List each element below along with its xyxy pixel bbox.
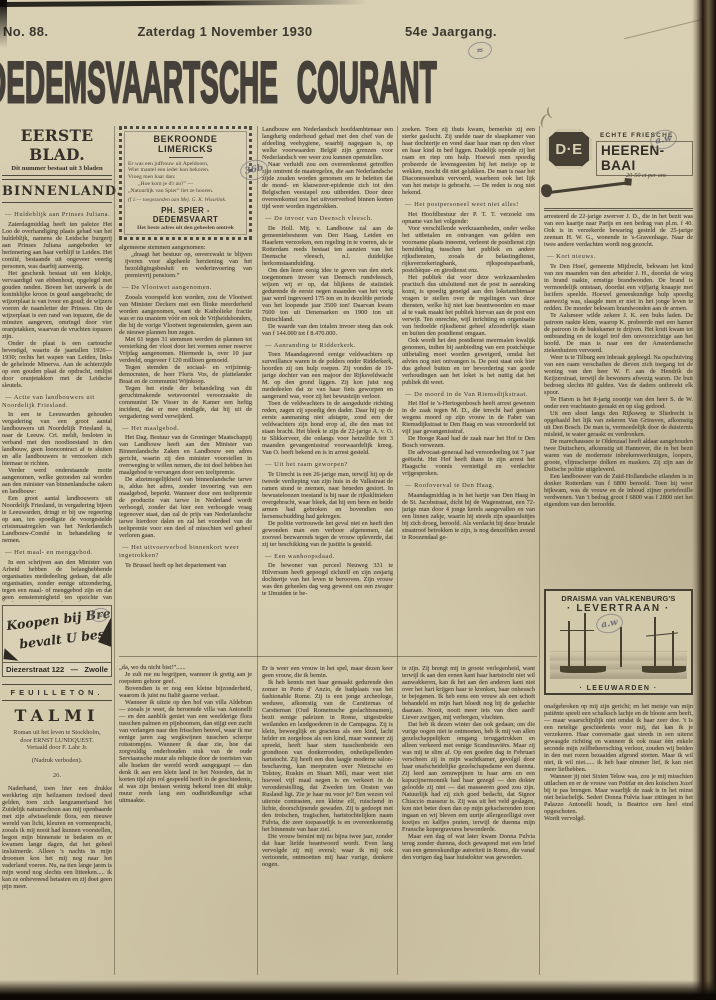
copyright-note: (Nadruk verboden).	[2, 757, 112, 765]
section-header-eerste-blad: EERSTE BLAD. Dit nummer bestaat uit 3 bl…	[2, 126, 112, 203]
feuilleton-paragraph: Die vrouw bemint mij nu bijna twee jaar,…	[262, 833, 393, 868]
article-paragraph: Zooals voorspeld kon worden, zou de Vloo…	[119, 294, 252, 336]
article-paragraph: Weer is te Tilburg een inbraak gepleegd.…	[544, 354, 693, 396]
article-paragraph: Verder werd onderstaande motie aangenome…	[2, 467, 112, 495]
column-1: EERSTE BLAD. Dit nummer bestaat uit 3 bl…	[2, 126, 112, 963]
feuilleton-subtitle: Roman uit het leven te Stockholm,	[2, 729, 112, 737]
column-divider	[397, 126, 398, 975]
limericks-advertisement: BEKROONDE LIMERICKS Er was een juffrouw …	[119, 126, 252, 240]
news-text-block: — Huldeblijk aan Prinses Juliana. Zaterd…	[2, 206, 112, 602]
feuilleton-translator: Vertaald door F. Lahr Jr.	[2, 744, 112, 752]
column-3: Landbouw een Nederlandsch hoofdambtenaar…	[262, 126, 393, 957]
article-headline: — Aanranding te Ridderkerk.	[262, 342, 393, 350]
ship-mast	[568, 621, 570, 667]
volume-label: 54e Jaargang.	[405, 24, 497, 39]
column-divider	[539, 126, 540, 975]
dash: —	[71, 665, 79, 674]
feuilleton-text-block: onafgebroken op mij zijn gericht; en het…	[544, 703, 693, 961]
article-headline: — Een wanhoopsdaad.	[262, 553, 393, 561]
article-headline: — De invoer van Deensch vleesch.	[262, 215, 393, 223]
article-paragraph: De bewoner van perceel Neuweg 331 te Hil…	[262, 562, 393, 597]
article-paragraph: Een groot aantal landbouwers uit Noordel…	[2, 495, 112, 544]
feuilleton-paragraph: te zijn. Zij brengt mij in groote verleg…	[402, 665, 535, 721]
scan-edge-top	[0, 0, 368, 7]
column-5: D·E ECHTE FRIESCHE HEEREN-BAAI 20-50 ct …	[544, 126, 693, 961]
feuilleton-paragraph: Wanneer ik uitzie op den hof van villa A…	[119, 699, 252, 804]
news-text-block: algemeene stemmen aangenomen: „draagt he…	[119, 244, 252, 652]
article-paragraph: Het geschenk bestaat uit een klokje, ver…	[2, 270, 112, 340]
newspaper-page: No. 88. Zaterdag 1 November 1930 54e Jaa…	[0, 0, 716, 1000]
scan-edge-bottom	[0, 980, 716, 1000]
article-paragraph: Het Dag. Bestuur van de Groninger Maatsc…	[119, 434, 252, 476]
article-quote: „draagt het bestuur op, onverzwakt te bl…	[119, 251, 252, 279]
scan-edge-corner	[0, 0, 7, 48]
limerick-line: „Natuurlijk van Spier” liet ze hooren.	[128, 188, 243, 195]
column-2: BEKROONDE LIMERICKS Er was een juffrouw …	[119, 126, 252, 956]
article-paragraph: Te Den Hoef, gemeente Mijdrecht, bekwam …	[544, 263, 693, 312]
article-paragraph: Het Hof te 's-Hertogenbosch heeft arrest…	[402, 400, 535, 435]
pipe-illustration	[550, 181, 630, 194]
article-paragraph: De afzetmogelijkheid van binnenlandsche …	[119, 476, 252, 539]
article-paragraph: De marechaussee te Oldenzaal heeft aldaa…	[544, 438, 693, 473]
article-paragraph: Te Haren is het 8-jarig zoontje van den …	[544, 396, 693, 410]
news-text-block: zoeken. Toen zij thuis kwam, bemerkte zi…	[402, 126, 535, 653]
feuilleton-paragraph: Naderhand, toen hier een drukke werkkrin…	[2, 785, 112, 890]
article-paragraph: Om den lezer eenig idee te geven van den…	[262, 267, 393, 323]
brest-ad-address: Diezerstraat 122 — Zwolle	[3, 662, 111, 676]
feuilleton-paragraph: Ik heb kennis met haar gemaakt gedurende…	[262, 679, 393, 833]
issue-date: Zaterdag 1 November 1930	[95, 24, 355, 39]
article-paragraph: Maandagmiddag is in het hartje van Den H…	[402, 492, 535, 541]
feuilleton-paragraph: Maar een dag of wat later kwam Donna Ful…	[402, 833, 535, 861]
limerick-line: „Hoe kom je d'r an?” —	[128, 181, 243, 188]
feuilleton-paragraph: Bovendien is er nog een kleine bijzonder…	[119, 685, 252, 699]
ship-hull	[642, 666, 686, 673]
feuilleton-paragraph: Wanneer jij niet Sixten Telow was, zou j…	[544, 773, 693, 815]
limericks-ad-store: PH. SPIER - DEDEMSVAART	[128, 206, 243, 224]
brest-advertisement: Koopen bij Brest bevalt U best ≈ Diezers…	[2, 605, 112, 677]
article-paragraph: Het publiek dat voor deze werkzaamheden …	[402, 274, 535, 337]
feuilleton-text-block: „da, wo du nicht bist!”...... Je zult me…	[119, 664, 252, 956]
article-paragraph: Het Hoofdbestuur der P. T. T. verzoekt o…	[402, 211, 535, 225]
draisma-ad-brand: DRAISMA van VALKENBURG'S	[546, 594, 691, 603]
article-paragraph: Zaterdagmiddag heeft ten paleize Het Loo…	[2, 221, 112, 270]
article-paragraph: Tegen stemden de sociaal- en vrijzinnig-…	[119, 364, 252, 385]
article-paragraph: De waarde van den totalen invoer steeg d…	[262, 323, 393, 337]
draisma-ad-city: · LEEUWARDEN ·	[546, 685, 691, 692]
feuilleton-paragraph: Je zult me nu begrijpen, wanneer ik gret…	[119, 671, 252, 685]
limerick-line: Wier mantel een ieder kon bekoren.	[128, 167, 243, 174]
limericks-ad-tagline: Het beste adres uit den geheelen omtrek	[128, 225, 243, 231]
article-paragraph: Toen Maandagavond eenige veldwachters op…	[262, 351, 393, 400]
douwe-egberts-logo: D·E	[546, 129, 592, 169]
edition-title: EERSTE BLAD.	[2, 126, 112, 164]
draisma-ad-product: · LEVERTRAAN ·	[546, 603, 691, 614]
pencil-mark-corner: ≈	[466, 40, 493, 62]
feuilleton-paragraph: Er is weer een vrouw in het spel, maar d…	[262, 665, 393, 679]
article-headline: — Het maal- en menggebod.	[2, 549, 112, 557]
masthead-title: DEDEMSVAARTSCHE COURANT	[0, 48, 437, 116]
heeren-baai-ad-price: 20-50 ct per ons	[626, 172, 666, 179]
article-headline: — Huldeblijk aan Prinses Juliana.	[2, 211, 112, 219]
feuilleton-paragraph: Dat heb ik dezen winter dan ook gedaan; …	[402, 721, 535, 833]
article-paragraph: Te Aalsmeer wilde zekere J. K. een buks …	[544, 312, 693, 354]
ship-mast	[620, 627, 622, 667]
article-paragraph: In een schrijven aan den Minister van Ar…	[2, 559, 112, 603]
limerick-credit: (f 1.— toegezonden aan Mej. G. K. Wissel…	[128, 197, 243, 203]
column-divider	[114, 126, 115, 975]
brest-street: Diezerstraat 122	[6, 665, 64, 674]
page-spine-edge	[692, 0, 716, 1000]
feuilleton-text-block: Er is weer een vrouw in het spel, maar d…	[262, 665, 393, 957]
brest-city: Zwolle	[84, 665, 108, 674]
feuilleton-author: door ERNST LUNDQUEST.	[2, 737, 112, 745]
issue-number: No. 88.	[3, 24, 48, 39]
column-4: zoeken. Toen zij thuis kwam, bemerkte zi…	[402, 126, 535, 957]
article-headline: — De Vlootwet aangenomen.	[119, 284, 252, 292]
ship-mast	[654, 617, 656, 667]
article-paragraph: De politie vertrouwde het geval niet en …	[262, 520, 393, 548]
article-headline: — Het uitvoerverbod binnenkort weer inge…	[119, 544, 252, 560]
feuilleton-divider-rule	[119, 656, 537, 657]
draisma-levertraan-advertisement: DRAISMA van VALKENBURG'S · LEVERTRAAN · …	[544, 589, 693, 695]
chapter-number: 26.	[2, 772, 112, 779]
article-paragraph: Tegen het einde der behandeling van dit …	[119, 385, 252, 420]
article-paragraph: Te Brussel heeft op het departement van	[119, 562, 252, 569]
limericks-ad-title: BEKROONDE LIMERICKS	[128, 134, 243, 154]
article-paragraph: Met 61 tegen 31 stemmen werden de planne…	[119, 336, 252, 364]
news-text-block: Landbouw een Nederlandsch hoofdambtenaar…	[262, 126, 393, 653]
feuilleton-continuation-note: Wordt vervolgd.	[544, 815, 693, 822]
article-headline: — Het postpersoneel weet niet alles!	[402, 201, 535, 209]
article-headline: — Het maalgebod.	[119, 425, 252, 433]
feuilleton-text-block: Naderhand, toen hier een drukke werkkrin…	[2, 785, 112, 963]
article-paragraph: In een te Leeuwarden gehouden vergaderin…	[2, 411, 112, 467]
article-paragraph: algemeene stemmen aangenomen:	[119, 244, 252, 251]
article-paragraph: Toen de veldwachters in de aangeduide ri…	[262, 400, 393, 456]
article-paragraph: Landbouw een Nederlandsch hoofdambtenaar…	[262, 126, 393, 161]
article-paragraph: Voor verschillende werkzaamheden, onder …	[402, 225, 535, 274]
article-headline: — Roofoverval te Den Haag.	[402, 482, 535, 490]
edition-note: Dit nummer bestaat uit 3 bladen	[2, 165, 112, 172]
article-paragraph: De advocaat-generaal had veroordeeling t…	[402, 449, 535, 477]
section-title-binnenland: BINNENLAND.	[2, 182, 112, 203]
article-headline: — Actie van landbouwers uit Noordelijk F…	[2, 394, 112, 410]
feuilleton-text-block: te zijn. Zij brengt mij in groote verleg…	[402, 665, 535, 957]
article-paragraph: De Holl. Mij. v. Landbouw zal aan de gem…	[262, 225, 393, 267]
double-rule	[2, 175, 112, 180]
ship-hull	[560, 666, 606, 673]
ship-mast	[672, 631, 674, 667]
feuilleton-paragraph: onafgebroken op mij zijn gericht; en het…	[544, 703, 693, 773]
article-headline: — Uit het raam geworpen?	[262, 461, 393, 469]
article-paragraph: zoeken. Toen zij thuis kwam, bemerkte zi…	[402, 126, 535, 196]
article-paragraph: Uit een sloot langs den Rijksweg te Slie…	[544, 410, 693, 438]
feuilleton-title: TALMI	[2, 706, 112, 725]
article-paragraph: Te Utrecht is een 26-jarige man, terwijl…	[262, 471, 393, 520]
article-paragraph: arresteerd de 22-jarige zwerver J. D., d…	[544, 213, 693, 248]
heeren-baai-ad-title: HEEREN-BAAI	[596, 141, 693, 176]
ship-mast	[584, 613, 586, 667]
article-paragraph: De Hooge Raad had de zaak naar het Hof t…	[402, 435, 535, 449]
feuilleton-label: FEUILLETON.	[2, 684, 112, 701]
limerick-line: Vroeg men haar dan:	[128, 174, 243, 181]
article-headline: — De moord in de Van Riemsdijkstraat.	[402, 391, 535, 399]
triangle-ornament	[3, 648, 19, 661]
feuilleton-paragraph: „da, wo du nicht bist!”......	[119, 664, 252, 671]
article-paragraph: Een landbouwer van de Zuid-Hollandsche e…	[544, 473, 693, 508]
column-divider	[257, 126, 258, 975]
ship-yard	[560, 630, 594, 631]
article-headline: — Kort nieuws.	[544, 253, 693, 261]
news-text-block: arresteerd de 22-jarige zwerver J. D., d…	[544, 213, 693, 585]
article-paragraph: Ook wordt het den postdienst meermalen k…	[402, 337, 535, 386]
article-paragraph: Onder de plaat is een cartouche bevestig…	[2, 340, 112, 389]
article-paragraph: Naar verluidt zou een overeenkomst getro…	[262, 161, 393, 210]
limerick-line: Er was een juffrouw uit Apeldoorn,	[128, 161, 243, 168]
short-rule	[169, 157, 203, 158]
